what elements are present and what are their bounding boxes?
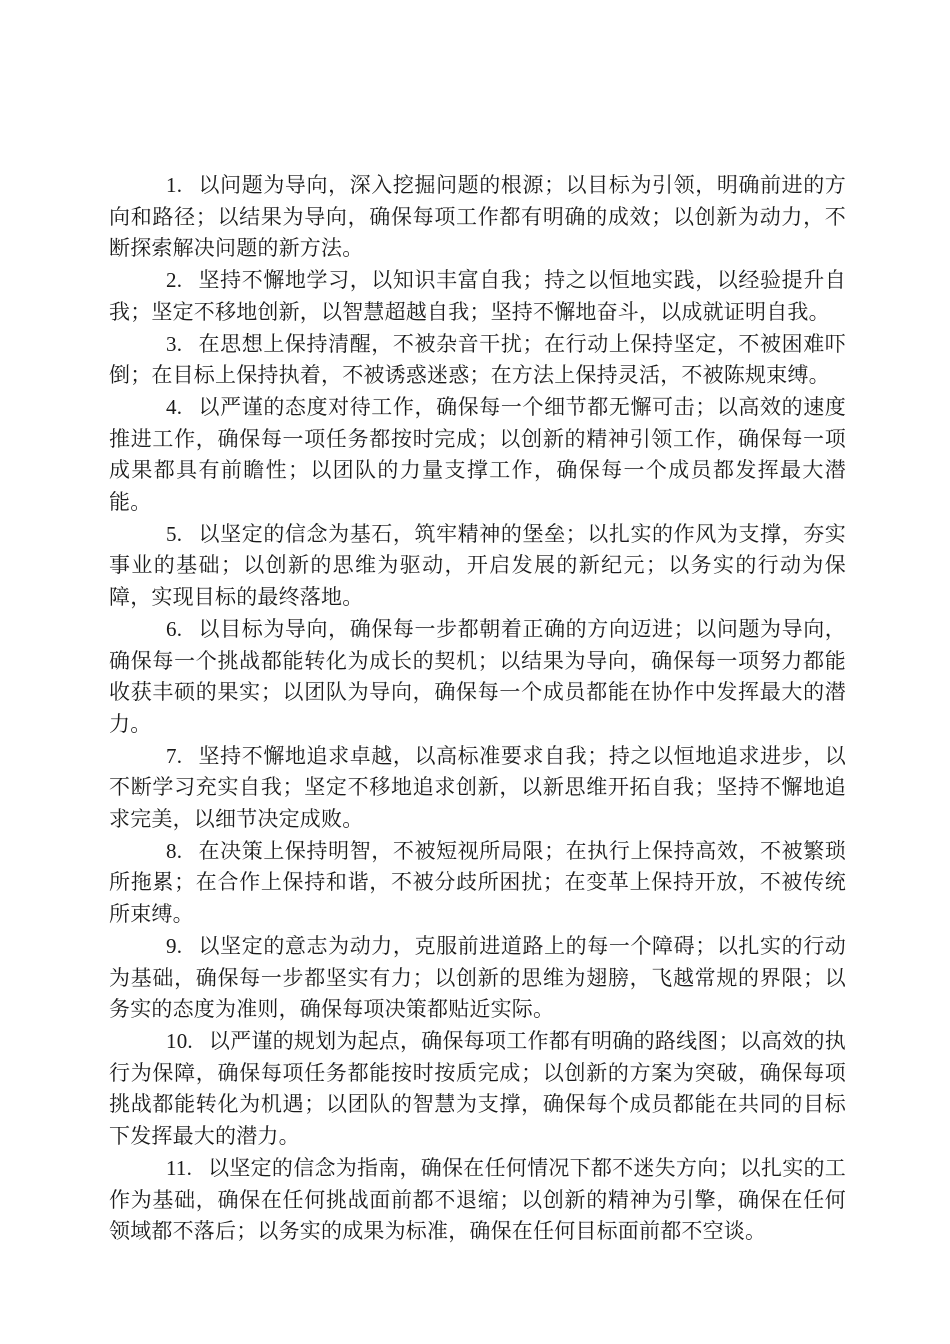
- paragraph-number: 10.: [166, 1029, 193, 1053]
- paragraph-number: 6.: [166, 617, 182, 641]
- numbered-paragraph: 1.以问题为导向，深入挖掘问题的根源；以目标为引领，明确前进的方向和路径；以结果…: [109, 170, 846, 265]
- paragraph-text: 以目标为导向，确保每一步都朝着正确的方向迈进；以问题为导向，确保每一个挑战都能转…: [109, 617, 846, 736]
- numbered-paragraph: 3.在思想上保持清醒，不被杂音干扰；在行动上保持坚定，不被困难吓倒；在目标上保持…: [109, 329, 846, 392]
- paragraph-text: 在思想上保持清醒，不被杂音干扰；在行动上保持坚定，不被困难吓倒；在目标上保持执着…: [109, 332, 846, 388]
- numbered-paragraph: 2.坚持不懈地学习，以知识丰富自我；持之以恒地实践，以经验提升自我；坚定不移地创…: [109, 265, 846, 328]
- paragraph-text: 以坚定的信念为指南，确保在任何情况下都不迷失方向；以扎实的工作为基础，确保在任何…: [109, 1156, 846, 1243]
- document-body: 1.以问题为导向，深入挖掘问题的根源；以目标为引领，明确前进的方向和路径；以结果…: [109, 170, 846, 1248]
- paragraph-text: 以严谨的规划为起点，确保每项工作都有明确的路线图；以高效的执行为保障，确保每项任…: [109, 1029, 846, 1148]
- paragraph-number: 1.: [166, 173, 182, 197]
- paragraph-text: 在决策上保持明智，不被短视所局限；在执行上保持高效，不被繁琐所拖累；在合作上保持…: [109, 839, 846, 926]
- paragraph-number: 9.: [166, 934, 182, 958]
- paragraph-number: 11.: [166, 1156, 192, 1180]
- numbered-paragraph: 5.以坚定的信念为基石，筑牢精神的堡垒；以扎实的作风为支撑，夯实事业的基础；以创…: [109, 519, 846, 614]
- numbered-paragraph: 11.以坚定的信念为指南，确保在任何情况下都不迷失方向；以扎实的工作为基础，确保…: [109, 1153, 846, 1248]
- paragraph-text: 以严谨的态度对待工作，确保每一个细节都无懈可击；以高效的速度推进工作，确保每一项…: [109, 395, 846, 514]
- paragraph-number: 3.: [166, 332, 182, 356]
- paragraph-text: 坚持不懈地学习，以知识丰富自我；持之以恒地实践，以经验提升自我；坚定不移地创新，…: [109, 268, 846, 324]
- paragraph-number: 4.: [166, 395, 182, 419]
- numbered-paragraph: 9.以坚定的意志为动力，克服前进道路上的每一个障碍；以扎实的行动为基础，确保每一…: [109, 931, 846, 1026]
- paragraph-number: 7.: [166, 744, 182, 768]
- paragraph-text: 以坚定的意志为动力，克服前进道路上的每一个障碍；以扎实的行动为基础，确保每一步都…: [109, 934, 846, 1021]
- paragraph-text: 以坚定的信念为基石，筑牢精神的堡垒；以扎实的作风为支撑，夯实事业的基础；以创新的…: [109, 522, 846, 609]
- paragraph-number: 2.: [166, 268, 182, 292]
- paragraph-number: 5.: [166, 522, 182, 546]
- numbered-paragraph: 7.坚持不懈地追求卓越，以高标准要求自我；持之以恒地追求进步，以不断学习充实自我…: [109, 741, 846, 836]
- paragraph-number: 8.: [166, 839, 182, 863]
- numbered-paragraph: 10.以严谨的规划为起点，确保每项工作都有明确的路线图；以高效的执行为保障，确保…: [109, 1026, 846, 1153]
- numbered-paragraph: 4.以严谨的态度对待工作，确保每一个细节都无懈可击；以高效的速度推进工作，确保每…: [109, 392, 846, 519]
- numbered-paragraph: 6.以目标为导向，确保每一步都朝着正确的方向迈进；以问题为导向，确保每一个挑战都…: [109, 614, 846, 741]
- paragraph-text: 坚持不懈地追求卓越，以高标准要求自我；持之以恒地追求进步，以不断学习充实自我；坚…: [109, 744, 846, 831]
- numbered-paragraph: 8.在决策上保持明智，不被短视所局限；在执行上保持高效，不被繁琐所拖累；在合作上…: [109, 836, 846, 931]
- paragraph-text: 以问题为导向，深入挖掘问题的根源；以目标为引领，明确前进的方向和路径；以结果为导…: [109, 173, 846, 260]
- document-page: 1.以问题为导向，深入挖掘问题的根源；以目标为引领，明确前进的方向和路径；以结果…: [0, 0, 950, 1344]
